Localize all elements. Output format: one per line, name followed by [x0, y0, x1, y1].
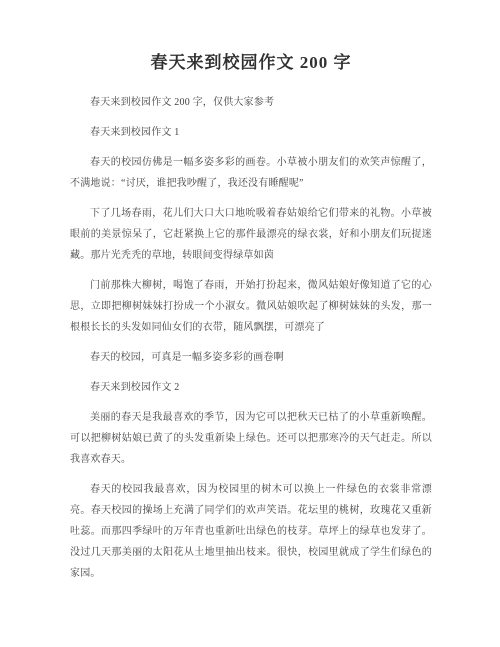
essay-2-paragraph-2: 春天的校园我最喜欢，因为校园里的树木可以换上一件绿色的衣裳非常漂亮。春天校园的操… [70, 479, 432, 584]
reference-note: 春天来到校园作文 200 字，仅供大家参考 [70, 92, 432, 113]
essay-1-paragraph-1: 春天的校园仿佛是一幅多姿多彩的画卷。小草被小朋友们的欢笑声惊醒了，不满地说：“讨… [70, 152, 432, 194]
essay-1-closing-line: 春天的校园，可真是一幅多姿多彩的画卷啊 [70, 347, 432, 368]
document-title: 春天来到校园作文 200 字 [70, 52, 432, 74]
essay-1-heading: 春天来到校园作文 1 [70, 122, 432, 143]
essay-1-paragraph-2: 下了几场春雨，花儿们大口大口地吮吸着春姑娘给它们带来的礼物。小草被眼前的美景惊呆… [70, 203, 432, 266]
essay-2-paragraph-1: 美丽的春天是我最喜欢的季节，因为它可以把秋天已枯了的小草重新唤醒。可以把柳树姑娘… [70, 407, 432, 470]
document-page: 春天来到校园作文 200 字 春天来到校园作文 200 字，仅供大家参考 春天来… [0, 0, 500, 647]
essay-2-heading: 春天来到校园作文 2 [70, 377, 432, 398]
essay-1-paragraph-3: 门前那株大柳树，喝饱了春雨，开始打扮起来，微风姑娘好像知道了它的心思，立即把柳树… [70, 275, 432, 338]
